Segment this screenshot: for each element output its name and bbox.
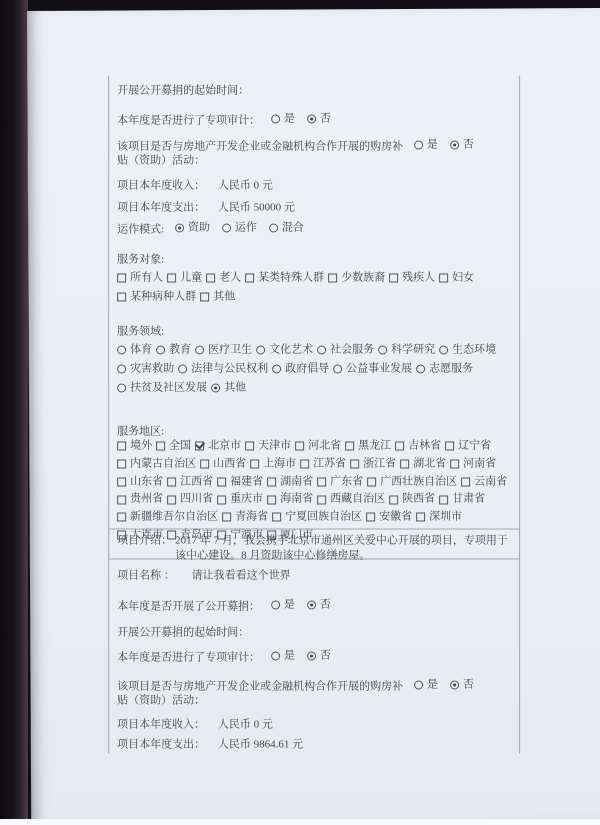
project-name-value: 请让我看看这个世界 <box>192 570 291 582</box>
option-label: 内蒙古自治区 <box>130 456 196 472</box>
field-fundraise-start-time: 开展公开募捐的起始时间： <box>117 84 514 99</box>
option-label: 河南省 <box>463 456 496 472</box>
option-label: 少数族裔 <box>341 270 385 287</box>
option-label: 全国 <box>169 439 191 455</box>
option-label: 教育 <box>169 342 191 359</box>
option-label: 新疆维吾尔自治区 <box>130 510 218 526</box>
option-label: 法律与公民权利 <box>191 361 268 378</box>
radio-selected-icon <box>307 601 316 610</box>
checkbox-option[interactable]: 四川省 <box>167 492 213 508</box>
option-label: 宁夏回族自治区 <box>285 510 362 526</box>
checkbox-unchecked-icon <box>117 477 126 486</box>
income-value: 人民币 0 元 <box>218 180 273 192</box>
checkbox-option[interactable]: 西藏自治区 <box>317 492 385 508</box>
radio-unselected-icon <box>439 346 448 355</box>
checkbox-unchecked-icon <box>439 495 448 504</box>
field-fundraise-start-time-2: 开展公开募捐的起始时间： <box>117 626 514 641</box>
checkbox-option[interactable]: 深圳市 <box>416 510 462 526</box>
radio-selected-icon <box>307 652 316 661</box>
income-label-2: 项目本年度收入： <box>117 719 205 731</box>
housing-question-line1-2: 该项目是否与房地产开发企业或金融机构合作开展的购房补 <box>117 681 403 693</box>
option-label: 妇女 <box>452 270 474 287</box>
checkbox-unchecked-icon <box>117 442 126 451</box>
option-label: 甘肃省 <box>452 492 485 508</box>
option-label: 重庆市 <box>230 492 263 508</box>
radio-unselected-icon <box>117 384 126 393</box>
radio-option[interactable]: 是 <box>271 598 295 613</box>
housing-options-2: 是否 <box>414 681 486 693</box>
radio-option[interactable]: 否 <box>450 678 474 693</box>
radio-option[interactable]: 运作 <box>222 221 257 236</box>
option-label: 所有人 <box>130 270 163 287</box>
checkbox-unchecked-icon <box>400 460 409 469</box>
option-label: 黑龙江 <box>358 439 391 455</box>
fundraise-question-label: 本年度是否开展了公开募捐： <box>117 601 260 613</box>
option-label: 辽宁省 <box>458 439 491 455</box>
checkbox-option[interactable]: 所有人 <box>117 270 163 287</box>
checkbox-unchecked-icon <box>267 495 276 504</box>
checkbox-option[interactable]: 河南省 <box>450 456 496 472</box>
audit-options: 是否 <box>271 115 343 127</box>
fundraise-start-label-2: 开展公开募捐的起始时间： <box>117 627 249 639</box>
field-operation-mode: 运作模式: 资助运作混合 <box>117 221 514 238</box>
checkbox-option[interactable]: 妇女 <box>439 270 474 287</box>
option-label: 江西省 <box>180 474 213 490</box>
checkbox-option[interactable]: 湖北省 <box>400 456 446 472</box>
audit-question-label-2: 本年度是否进行了专项审计： <box>117 652 260 664</box>
radio-unselected-icon <box>414 681 423 690</box>
service-regions-label: 服务地区: <box>117 425 514 440</box>
radio-unselected-icon <box>222 224 231 233</box>
expense-value: 人民币 50000 元 <box>218 202 295 214</box>
checkbox-option[interactable]: 山东省 <box>117 474 163 490</box>
option-label: 湖北省 <box>413 456 446 472</box>
form-table: 开展公开募捐的起始时间： 本年度是否进行了专项审计： 是否 该项目是否与房地产开… <box>108 76 520 754</box>
checkbox-unchecked-icon <box>156 442 165 451</box>
radio-option[interactable]: 科学研究 <box>378 342 435 359</box>
option-label: 否 <box>320 649 331 664</box>
project-name-label: 项目名称 ： <box>117 570 175 582</box>
audit-question-label: 本年度是否进行了专项审计： <box>117 115 260 127</box>
expense-label-2: 项目本年度支出： <box>117 739 205 751</box>
radio-unselected-icon <box>117 346 126 355</box>
checkbox-option[interactable]: 江苏省 <box>300 456 346 472</box>
option-label: 否 <box>463 138 474 153</box>
option-label: 是 <box>427 678 438 693</box>
option-label: 灾害救助 <box>130 361 174 378</box>
radio-option[interactable]: 是 <box>271 649 295 664</box>
radio-unselected-icon <box>269 224 278 233</box>
radio-option[interactable]: 是 <box>271 112 295 127</box>
checkbox-unchecked-icon <box>328 274 337 283</box>
checkbox-option[interactable]: 宁夏回族自治区 <box>272 510 362 526</box>
option-label: 是 <box>284 112 295 127</box>
option-label: 其他 <box>224 380 246 397</box>
option-label: 科学研究 <box>391 342 435 359</box>
field-housing-subsidy-2: 该项目是否与房地产开发企业或金融机构合作开展的购房补 是否 <box>117 678 514 695</box>
checkbox-option[interactable]: 少数族裔 <box>328 270 385 287</box>
income-label: 项目本年度收入： <box>117 180 205 192</box>
option-label: 湖南省 <box>280 474 313 490</box>
radio-unselected-icon <box>333 365 342 374</box>
radio-option[interactable]: 教育 <box>156 342 191 359</box>
checkbox-option[interactable]: 安徽省 <box>366 510 412 526</box>
service-fields-options: 体育教育医疗卫生文化艺术社会服务科学研究生态环境灾害救助法律与公民权利政府倡导公… <box>117 342 514 399</box>
checkbox-option[interactable]: 其他 <box>200 289 235 306</box>
radio-option[interactable]: 是 <box>414 678 438 693</box>
checkbox-unchecked-icon <box>245 274 254 283</box>
checkbox-unchecked-icon <box>300 460 309 469</box>
option-label: 山东省 <box>130 474 163 490</box>
checkbox-option[interactable]: 内蒙古自治区 <box>117 456 196 472</box>
housing-options: 是否 <box>414 141 486 153</box>
checkbox-unchecked-icon <box>117 274 126 283</box>
radio-option[interactable]: 法律与公民权利 <box>178 361 268 378</box>
checkbox-option[interactable]: 全国 <box>156 439 191 455</box>
housing-question-line2: 贴（资助）活动： <box>117 155 205 167</box>
option-label: 北京市 <box>208 439 241 455</box>
option-label: 医疗卫生 <box>208 342 252 359</box>
option-label: 安徽省 <box>379 510 412 526</box>
option-label: 生态环境 <box>452 342 496 359</box>
field-year-income-2: 项目本年度收入： 人民币 0 元 <box>117 718 514 733</box>
radio-option[interactable]: 其他 <box>211 380 246 397</box>
checkbox-unchecked-icon <box>245 442 254 451</box>
radio-selected-icon <box>450 141 459 150</box>
checkbox-unchecked-icon <box>167 477 176 486</box>
radio-option[interactable]: 否 <box>450 138 474 153</box>
mode-options: 资助运作混合 <box>175 224 316 236</box>
radio-option[interactable]: 灾害救助 <box>117 361 174 378</box>
radio-selected-icon <box>175 224 184 233</box>
checkbox-option[interactable]: 黑龙江 <box>345 439 391 455</box>
housing-question-line2-2: 贴（资助）活动： <box>117 695 205 707</box>
checkbox-option[interactable]: 河北省 <box>295 439 341 455</box>
checkbox-option[interactable]: 海南省 <box>267 492 313 508</box>
checkbox-option[interactable]: 陕西省 <box>389 492 435 508</box>
radio-option[interactable]: 是 <box>414 138 438 153</box>
option-label: 儿童 <box>180 270 202 287</box>
checkbox-option[interactable]: 上海市 <box>250 456 296 472</box>
checkbox-option[interactable]: 辽宁省 <box>445 439 491 455</box>
field-project-name: 项目名称 ： 请让我看看这个世界 <box>117 569 514 584</box>
field-special-audit: 本年度是否进行了专项审计： 是否 <box>117 112 514 129</box>
checkbox-unchecked-icon <box>217 495 226 504</box>
checkbox-unchecked-icon <box>367 477 376 486</box>
checkbox-unchecked-icon <box>461 477 470 486</box>
form-cell-project-intro: 项目介绍： 2017 年 7 月，我会携手北京市通州区关爱中心开展的项目，专项用… <box>108 529 520 560</box>
radio-unselected-icon <box>414 141 423 150</box>
option-label: 海南省 <box>280 492 313 508</box>
field-housing-subsidy: 该项目是否与房地产开发企业或金融机构合作开展的购房补 是否 <box>117 138 514 155</box>
option-label: 体育 <box>130 342 152 359</box>
option-label: 西藏自治区 <box>330 492 385 508</box>
checkbox-unchecked-icon <box>295 442 304 451</box>
radio-unselected-icon <box>271 652 280 661</box>
field-year-income: 项目本年度收入： 人民币 0 元 <box>117 179 514 194</box>
option-label: 广东省 <box>330 474 363 490</box>
option-label: 否 <box>463 678 474 693</box>
radio-option[interactable]: 混合 <box>269 221 304 236</box>
checkbox-option[interactable]: 云南省 <box>461 474 507 490</box>
radio-option[interactable]: 社会服务 <box>317 342 374 359</box>
checkbox-option[interactable]: 吉林省 <box>395 439 441 455</box>
option-label: 是 <box>427 138 438 153</box>
income-value-2: 人民币 0 元 <box>218 719 273 731</box>
option-label: 浙江省 <box>363 456 396 472</box>
form-cell-project2: 项目名称 ： 请让我看看这个世界 本年度是否开展了公开募捐： 是否 开展公开募捐… <box>108 560 520 754</box>
radio-unselected-icon <box>416 365 425 374</box>
radio-unselected-icon <box>117 365 126 374</box>
option-label: 天津市 <box>258 439 291 455</box>
checkbox-unchecked-icon <box>200 460 209 469</box>
checkbox-option[interactable]: 境外 <box>117 439 152 455</box>
option-label: 云南省 <box>474 474 507 490</box>
radio-option[interactable]: 否 <box>307 112 331 127</box>
radio-option[interactable]: 扶贫及社区发展 <box>117 380 207 397</box>
radio-option[interactable]: 政府倡导 <box>272 361 329 378</box>
option-label: 运作 <box>235 221 257 236</box>
checkbox-unchecked-icon <box>366 513 375 522</box>
checkbox-unchecked-icon <box>389 495 398 504</box>
option-label: 是 <box>284 598 295 613</box>
fundraise-options: 是否 <box>271 601 343 613</box>
checkbox-unchecked-icon <box>167 274 176 283</box>
expense-value-2: 人民币 9864.61 元 <box>218 739 303 751</box>
checkbox-option[interactable]: 某种病种人群 <box>117 289 196 306</box>
field-public-fundraise: 本年度是否开展了公开募捐： 是否 <box>117 598 514 615</box>
option-label: 河北省 <box>308 439 341 455</box>
option-label: 残疾人 <box>402 270 435 287</box>
scanner-background: 开展公开募捐的起始时间： 本年度是否进行了专项审计： 是否 该项目是否与房地产开… <box>0 0 600 825</box>
form-cell-project1: 开展公开募捐的起始时间： 本年度是否进行了专项审计： 是否 该项目是否与房地产开… <box>108 76 520 529</box>
option-label: 社会服务 <box>330 342 374 359</box>
checkbox-unchecked-icon <box>200 293 209 302</box>
option-label: 贵州省 <box>130 492 163 508</box>
option-label: 深圳市 <box>429 510 462 526</box>
checkbox-unchecked-icon <box>445 442 454 451</box>
checkbox-unchecked-icon <box>317 477 326 486</box>
checkbox-option[interactable]: 新疆维吾尔自治区 <box>117 510 218 526</box>
option-label: 某种病种人群 <box>130 289 196 306</box>
checkbox-unchecked-icon <box>450 460 459 469</box>
option-label: 山西省 <box>213 456 246 472</box>
option-label: 陕西省 <box>402 492 435 508</box>
scanned-document-page: 开展公开募捐的起始时间： 本年度是否进行了专项审计： 是否 该项目是否与房地产开… <box>27 8 600 823</box>
option-label: 上海市 <box>263 456 296 472</box>
option-label: 否 <box>320 112 331 127</box>
checkbox-unchecked-icon <box>117 293 126 302</box>
option-label: 混合 <box>282 221 304 236</box>
option-label: 福建省 <box>230 474 263 490</box>
checkbox-option[interactable]: 福建省 <box>217 474 263 490</box>
option-label: 其他 <box>213 289 235 306</box>
mode-label: 运作模式: <box>117 224 164 236</box>
checkbox-option[interactable]: 某类特殊人群 <box>245 270 324 287</box>
field-year-expense: 项目本年度支出： 人民币 50000 元 <box>117 201 514 216</box>
radio-option[interactable]: 否 <box>307 649 331 664</box>
checkbox-option[interactable]: 重庆市 <box>217 492 263 508</box>
checkbox-unchecked-icon <box>217 477 226 486</box>
checkbox-checked-icon <box>195 442 204 451</box>
service-targets-options: 所有人儿童老人某类特殊人群少数族裔残疾人妇女某种病种人群其他 <box>117 270 514 308</box>
option-label: 文化艺术 <box>269 342 313 359</box>
scan-bottom-edge <box>0 819 600 825</box>
intro-text: 2017 年 7 月，我会携手北京市通州区关爱中心开展的项目，专项用于该中心建设… <box>175 534 513 559</box>
radio-option[interactable]: 否 <box>307 598 331 613</box>
option-label: 广西壮族自治区 <box>380 474 457 490</box>
option-label: 公益事业发展 <box>346 361 412 378</box>
checkbox-option[interactable]: 广西壮族自治区 <box>367 474 457 490</box>
checkbox-unchecked-icon <box>345 442 354 451</box>
radio-option[interactable]: 医疗卫生 <box>195 342 252 359</box>
checkbox-option[interactable]: 甘肃省 <box>439 492 485 508</box>
checkbox-option[interactable]: 儿童 <box>167 270 202 287</box>
checkbox-unchecked-icon <box>267 477 276 486</box>
radio-selected-icon <box>307 115 316 124</box>
checkbox-option[interactable]: 江西省 <box>167 474 213 490</box>
field-year-expense-2: 项目本年度支出： 人民币 9864.61 元 <box>117 738 514 753</box>
checkbox-option[interactable]: 老人 <box>206 270 241 287</box>
fundraise-start-label: 开展公开募捐的起始时间： <box>117 85 249 97</box>
checkbox-unchecked-icon <box>117 513 126 522</box>
checkbox-unchecked-icon <box>416 513 425 522</box>
radio-option[interactable]: 体育 <box>117 342 152 359</box>
checkbox-option[interactable]: 北京市 <box>195 439 241 455</box>
intro-label: 项目介绍： <box>117 534 175 559</box>
expense-label: 项目本年度支出： <box>117 202 205 214</box>
scan-left-edge-shadow <box>0 0 28 825</box>
radio-unselected-icon <box>271 601 280 610</box>
radio-selected-icon <box>211 384 220 393</box>
checkbox-option[interactable]: 广东省 <box>317 474 363 490</box>
radio-unselected-icon <box>178 365 187 374</box>
option-label: 扶贫及社区发展 <box>130 380 207 397</box>
checkbox-option[interactable]: 浙江省 <box>350 456 396 472</box>
radio-option[interactable]: 志愿服务 <box>416 361 473 378</box>
checkbox-unchecked-icon <box>272 513 281 522</box>
option-label: 老人 <box>219 270 241 287</box>
radio-unselected-icon <box>256 346 265 355</box>
checkbox-option[interactable]: 湖南省 <box>267 474 313 490</box>
radio-unselected-icon <box>156 346 165 355</box>
checkbox-option[interactable]: 山西省 <box>200 456 246 472</box>
checkbox-unchecked-icon <box>395 442 404 451</box>
field-special-audit-2: 本年度是否进行了专项审计： 是否 <box>117 649 514 666</box>
option-label: 境外 <box>130 439 152 455</box>
option-label: 否 <box>320 598 331 613</box>
checkbox-option[interactable]: 残疾人 <box>389 270 435 287</box>
option-label: 江苏省 <box>313 456 346 472</box>
checkbox-unchecked-icon <box>222 513 231 522</box>
radio-option[interactable]: 资助 <box>175 221 210 236</box>
housing-question-line1: 该项目是否与房地产开发企业或金融机构合作开展的购房补 <box>117 141 403 153</box>
radio-unselected-icon <box>195 346 204 355</box>
option-label: 吉林省 <box>408 439 441 455</box>
radio-option[interactable]: 公益事业发展 <box>333 361 412 378</box>
radio-unselected-icon <box>272 365 281 374</box>
option-label: 四川省 <box>180 492 213 508</box>
radio-option[interactable]: 生态环境 <box>439 342 496 359</box>
field-housing-subsidy-wrap: 贴（资助）活动： <box>117 154 514 169</box>
checkbox-unchecked-icon <box>250 460 259 469</box>
service-targets-label: 服务对象: <box>117 253 514 268</box>
checkbox-unchecked-icon <box>317 495 326 504</box>
radio-option[interactable]: 文化艺术 <box>256 342 313 359</box>
checkbox-unchecked-icon <box>117 495 126 504</box>
radio-unselected-icon <box>378 346 387 355</box>
option-label: 是 <box>284 649 295 664</box>
checkbox-unchecked-icon <box>389 274 398 283</box>
option-label: 青海省 <box>235 510 268 525</box>
field-housing-subsidy-wrap-2: 贴（资助）活动： <box>117 694 514 709</box>
checkbox-option[interactable]: 天津市 <box>245 439 291 455</box>
audit-options-2: 是否 <box>271 652 343 664</box>
checkbox-unchecked-icon <box>350 460 359 469</box>
radio-selected-icon <box>450 681 459 690</box>
option-label: 资助 <box>188 221 210 236</box>
option-label: 志愿服务 <box>429 361 473 378</box>
service-fields-label: 服务领域: <box>117 325 514 340</box>
checkbox-option[interactable]: 青海省 <box>222 510 268 526</box>
checkbox-unchecked-icon <box>439 274 448 283</box>
checkbox-unchecked-icon <box>117 460 126 469</box>
radio-unselected-icon <box>271 115 280 124</box>
checkbox-unchecked-icon <box>206 274 215 283</box>
checkbox-unchecked-icon <box>167 495 176 504</box>
option-label: 政府倡导 <box>285 361 329 378</box>
radio-unselected-icon <box>317 346 326 355</box>
option-label: 某类特殊人群 <box>258 270 324 287</box>
checkbox-option[interactable]: 贵州省 <box>117 492 163 508</box>
